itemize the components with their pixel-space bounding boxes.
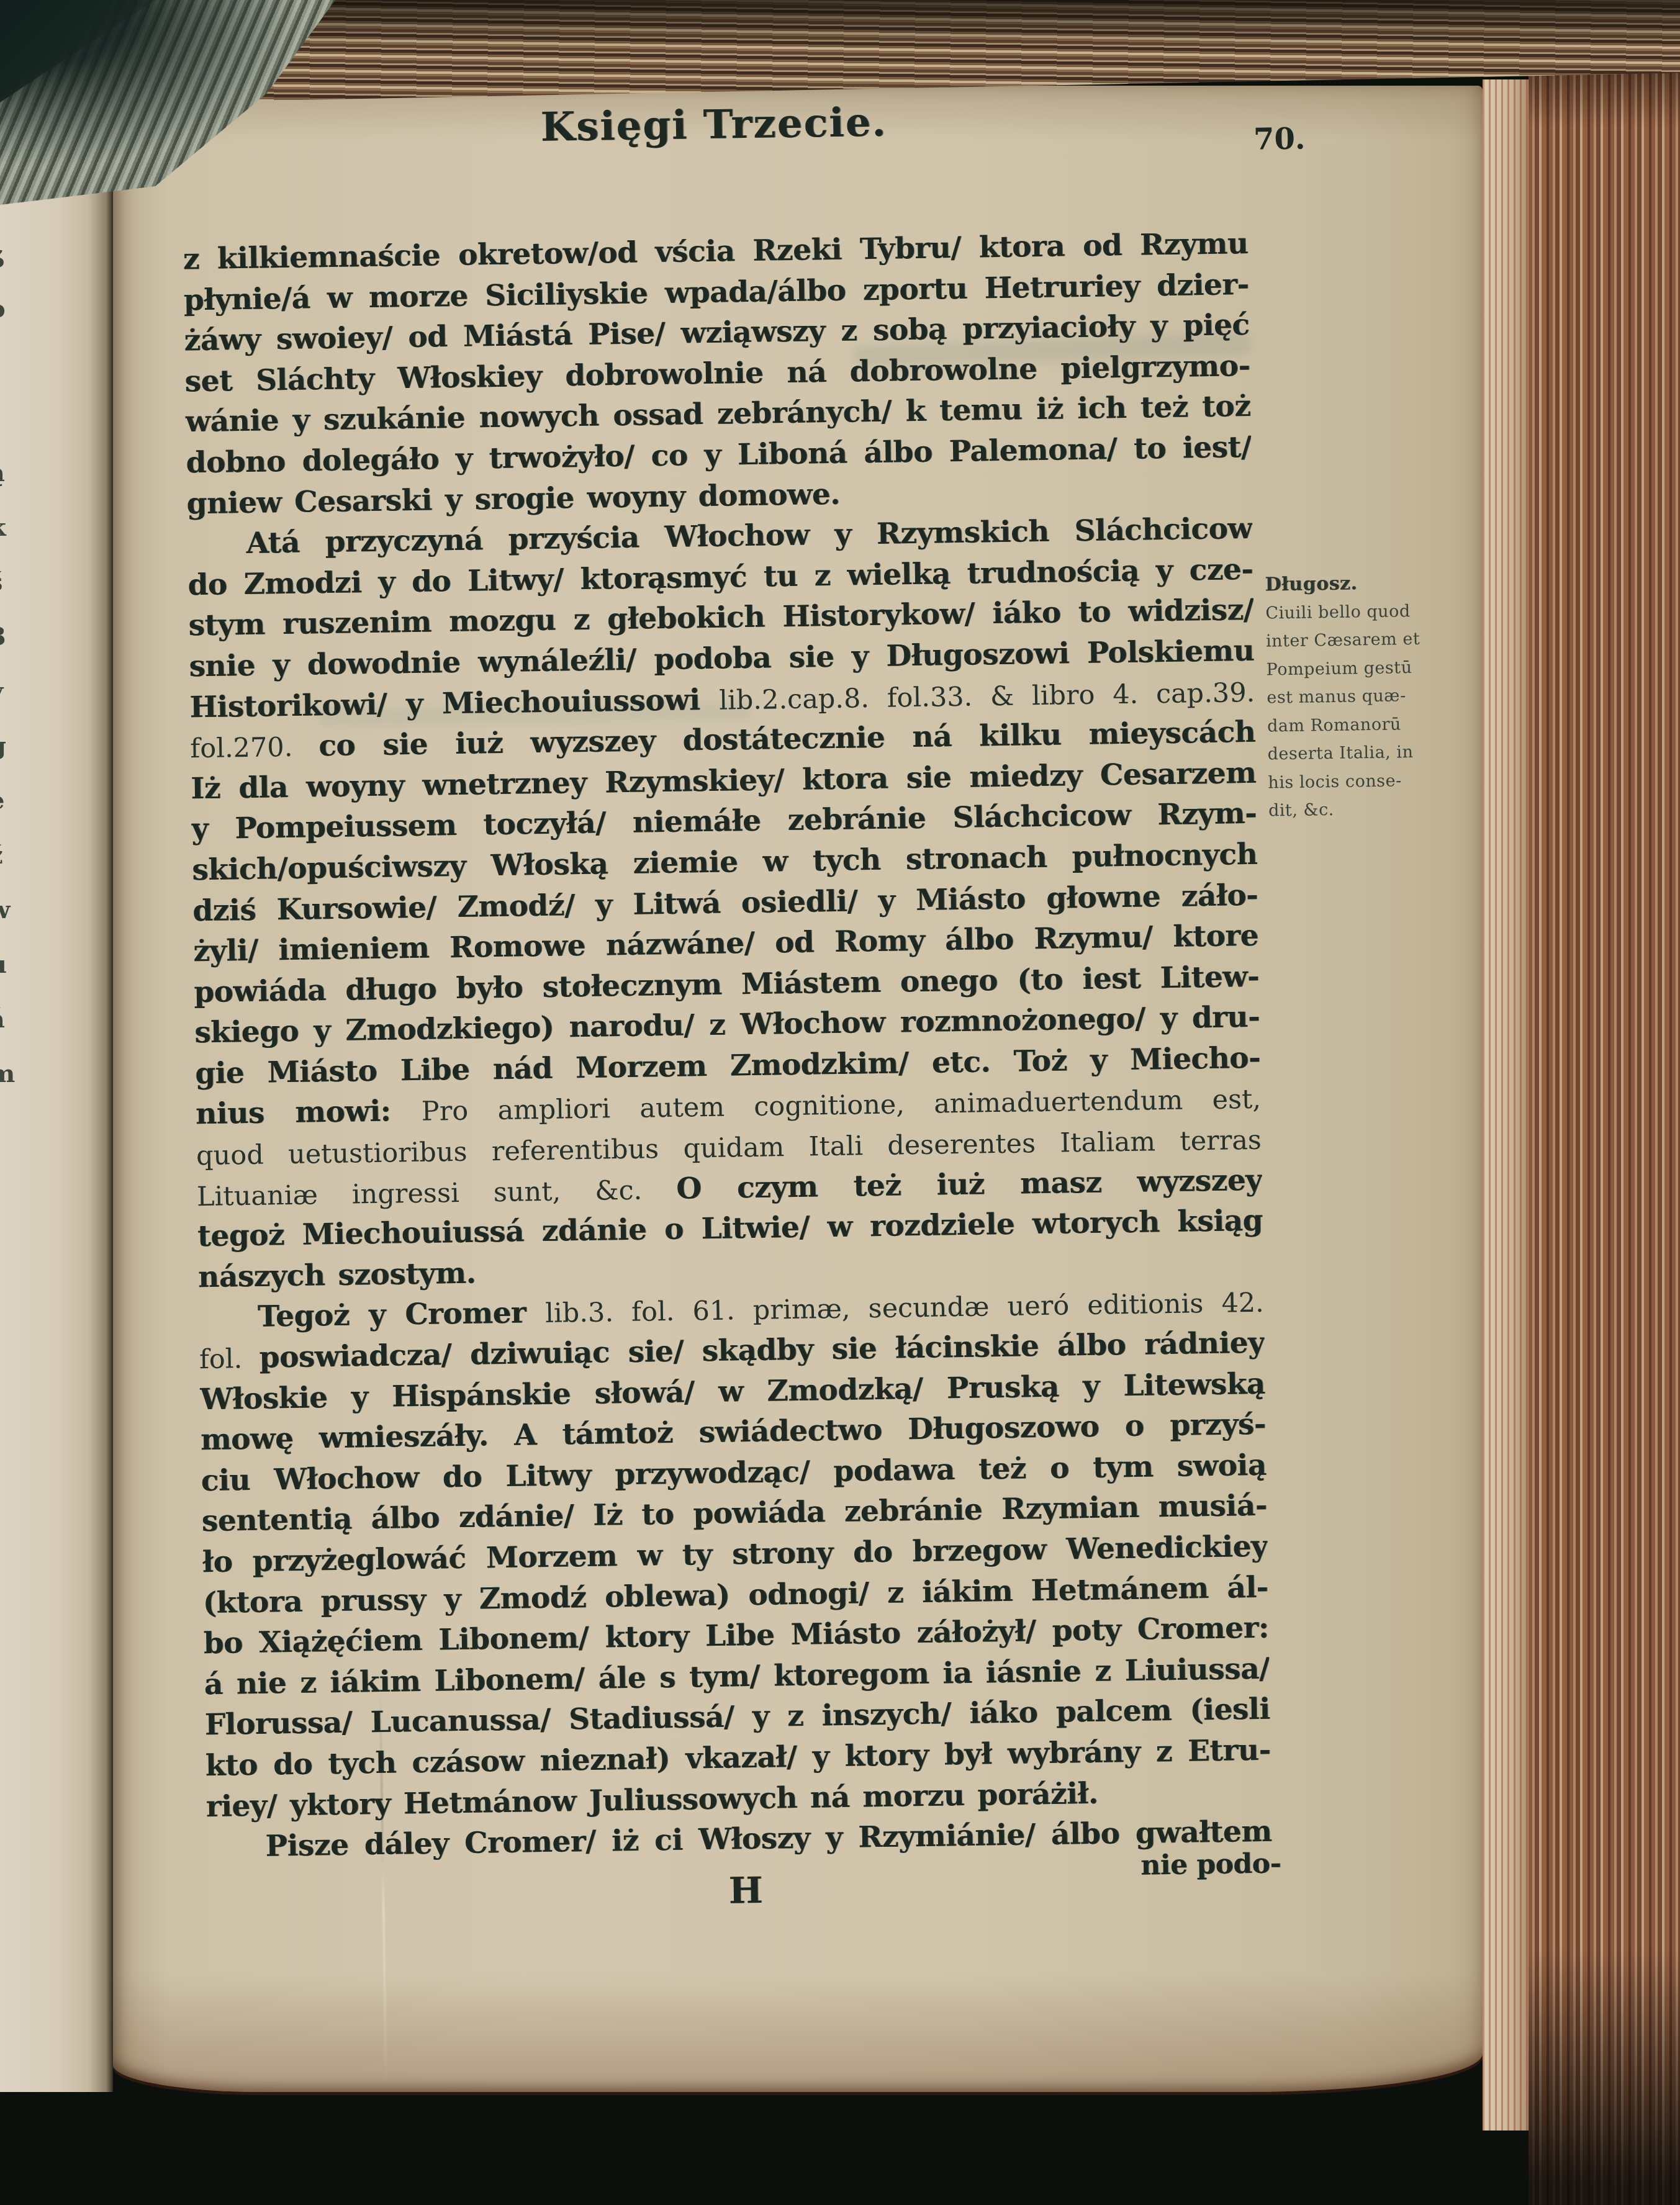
book-fore-edge-pages [1529, 72, 1680, 2205]
margin-note-line: Pompeium gestū [1266, 652, 1471, 683]
margin-note-line: Ciuili bello quod [1265, 596, 1471, 627]
blackletter-text-segment: nius mowi: [196, 1094, 422, 1131]
latin-text-segment: lib.3. fol. 61. primæ, secundæ ueró edit… [545, 1287, 1264, 1329]
blackletter-text-segment: Historikowi/ y Miechouiussowi [189, 682, 720, 724]
margin-note-line: deserta Italia, in [1267, 737, 1473, 769]
letter-fragment: k [0, 515, 15, 540]
latin-text-segment: Lituaniæ ingressi sunt, &c. [197, 1174, 677, 1212]
margin-note-line: dam Romanorū [1267, 709, 1473, 740]
letter-fragment: o [0, 297, 15, 322]
letter-fragment: g [0, 734, 15, 759]
margin-note-line: his locis conse- [1268, 765, 1473, 796]
running-title: Księgi Trzecie. [181, 94, 1247, 156]
letter-fragment: ą [0, 461, 15, 485]
blackletter-text-segment: Tegoż y Cromer [258, 1296, 546, 1334]
margin-note-line: est manus quæ- [1267, 681, 1472, 712]
letter-fragment: m [0, 1062, 15, 1086]
book-scan: ʒoł)ąkś3ygeźwuám Księgi Trzecie. 70. z k… [0, 0, 1680, 2205]
page-text-layer: Księgi Trzecie. 70. z kilkiemnaście okre… [111, 66, 1510, 2093]
facing-page-strip: ʒoł)ąkś3ygeźwuám [0, 87, 113, 2092]
letter-fragment: w [0, 898, 15, 922]
latin-text-segment: fol.270. [190, 731, 319, 764]
letter-fragment: ź [0, 843, 15, 868]
signature-row: H nie podo- [207, 1848, 1273, 1944]
letter-fragment: u [0, 952, 15, 977]
letter-fragment: á [0, 1007, 15, 1032]
margin-note-line: inter Cæsarem et [1266, 625, 1471, 656]
blackletter-text-segment: nászych szostym. [198, 1256, 476, 1294]
latin-text-segment: fol. [199, 1343, 260, 1375]
letter-fragment: ʒ [0, 242, 15, 267]
letter-fragment: 3 [0, 625, 15, 649]
latin-text-segment: lib.2.cap.8. fol.33. & libro 4. cap.39. [719, 677, 1255, 716]
margin-note: Długosz.Ciuili bello quodinter Cæsarem e… [1265, 568, 1473, 825]
letter-fragment: ł [0, 351, 15, 376]
main-text-column: z kilkiemnaście okretow/od vścia Rzeki T… [183, 223, 1272, 1868]
letter-fragment: y [0, 679, 15, 704]
letter-fragment: e [0, 788, 15, 813]
catchword: nie podo- [1140, 1847, 1281, 1881]
blackletter-text-segment: gniew Cesarski y srogie woyny domowe. [186, 477, 840, 521]
page-number: 70. [1253, 122, 1306, 157]
book-page: Księgi Trzecie. 70. z kilkiemnaście okre… [113, 86, 1483, 2092]
facing-page-text-fragments: ʒoł)ąkś3ygeźwuám [0, 242, 15, 1086]
letter-fragment: ) [0, 406, 15, 431]
letter-fragment: ś [0, 570, 15, 595]
signature-mark: H [728, 1869, 762, 1912]
margin-note-line: Długosz. [1265, 568, 1470, 599]
margin-note-line: dit, &c. [1268, 794, 1474, 825]
